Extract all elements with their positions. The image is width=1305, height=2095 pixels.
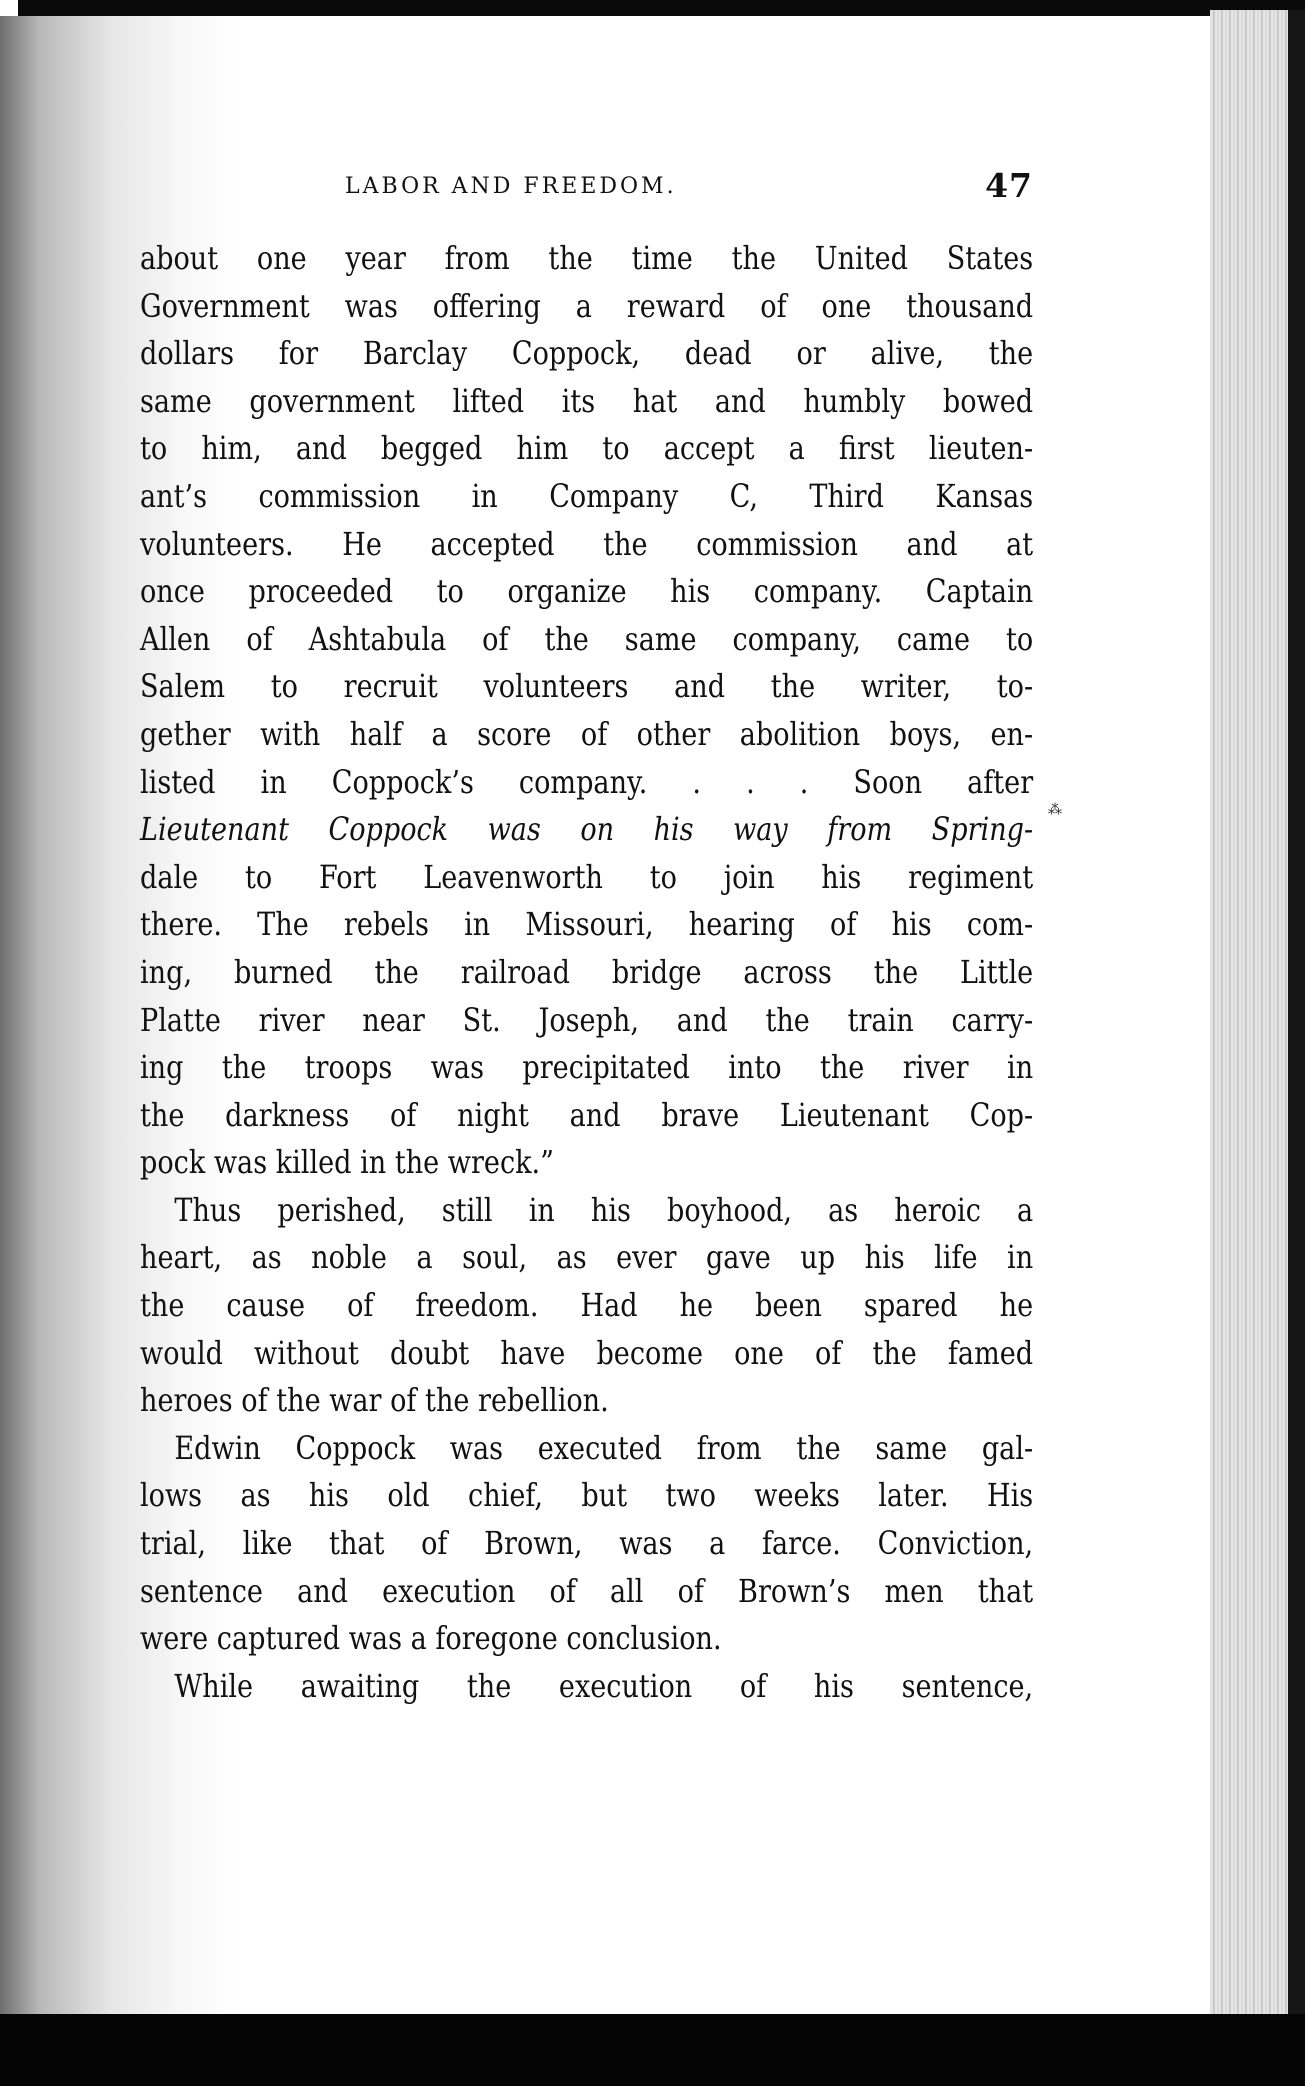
scan-right-edge <box>1288 10 1305 2015</box>
running-head: LABOR AND FREEDOM. 47 <box>140 160 1033 208</box>
text-line: sentence and execution of all of Brown’s… <box>140 1569 1033 1617</box>
text-line: ant’s commission in Company C, Third Kan… <box>140 474 1033 522</box>
text-line: listed in Coppock’s company. . . . Soon … <box>140 760 1033 808</box>
text-line: volunteers. He accepted the commission a… <box>140 522 1033 570</box>
text-line: Platte river near St. Joseph, and the tr… <box>140 998 1033 1046</box>
text-line: dale to Fort Leavenworth to join his reg… <box>140 855 1033 903</box>
text-line: Lieutenant Coppock was on his way from S… <box>140 807 1033 855</box>
text-line: about one year from the time the United … <box>140 236 1033 284</box>
text-line: trial, like that of Brown, was a farce. … <box>140 1521 1033 1569</box>
page-number: 47 <box>985 166 1033 205</box>
text-line: there. The rebels in Missouri, hearing o… <box>140 902 1033 950</box>
text-line: heart, as noble a soul, as ever gave up … <box>140 1235 1033 1283</box>
text-line: same government lifted its hat and humbl… <box>140 379 1033 427</box>
text-line: Salem to recruit volunteers and the writ… <box>140 664 1033 712</box>
running-title: LABOR AND FREEDOM. <box>345 174 677 199</box>
text-line: gether with half a score of other abolit… <box>140 712 1033 760</box>
margin-smudge: ⁂ <box>1048 802 1062 818</box>
text-line: ing the troops was precipitated into the… <box>140 1045 1033 1093</box>
text-line: ing, burned the railroad bridge across t… <box>140 950 1033 998</box>
body-text: about one year from the time the United … <box>140 236 1033 1711</box>
scan-top-edge <box>18 0 1305 16</box>
text-line: once proceeded to organize his company. … <box>140 569 1033 617</box>
text-line: were captured was a foregone conclusion. <box>140 1616 1033 1664</box>
book-page: LABOR AND FREEDOM. 47 about one year fro… <box>140 160 1033 1711</box>
text-line: the cause of freedom. Had he been spared… <box>140 1283 1033 1331</box>
scan-bottom-edge <box>0 2014 1305 2086</box>
text-line: dollars for Barclay Coppock, dead or ali… <box>140 331 1033 379</box>
text-line: Allen of Ashtabula of the same company, … <box>140 617 1033 665</box>
paragraph-start-line: Thus perished, still in his boyhood, as … <box>140 1188 1033 1236</box>
text-line: heroes of the war of the rebellion. <box>140 1378 1033 1426</box>
text-line: the darkness of night and brave Lieutena… <box>140 1093 1033 1141</box>
text-line: to him, and begged him to accept a first… <box>140 426 1033 474</box>
text-line: pock was killed in the wreck.” <box>140 1140 1033 1188</box>
text-line: lows as his old chief, but two weeks lat… <box>140 1473 1033 1521</box>
paragraph-start-line: While awaiting the execution of his sent… <box>140 1664 1033 1712</box>
text-line: would without doubt have become one of t… <box>140 1331 1033 1379</box>
text-line: Government was offering a reward of one … <box>140 284 1033 332</box>
page-fore-edge <box>1210 10 1290 2015</box>
paragraph-start-line: Edwin Coppock was executed from the same… <box>140 1426 1033 1474</box>
